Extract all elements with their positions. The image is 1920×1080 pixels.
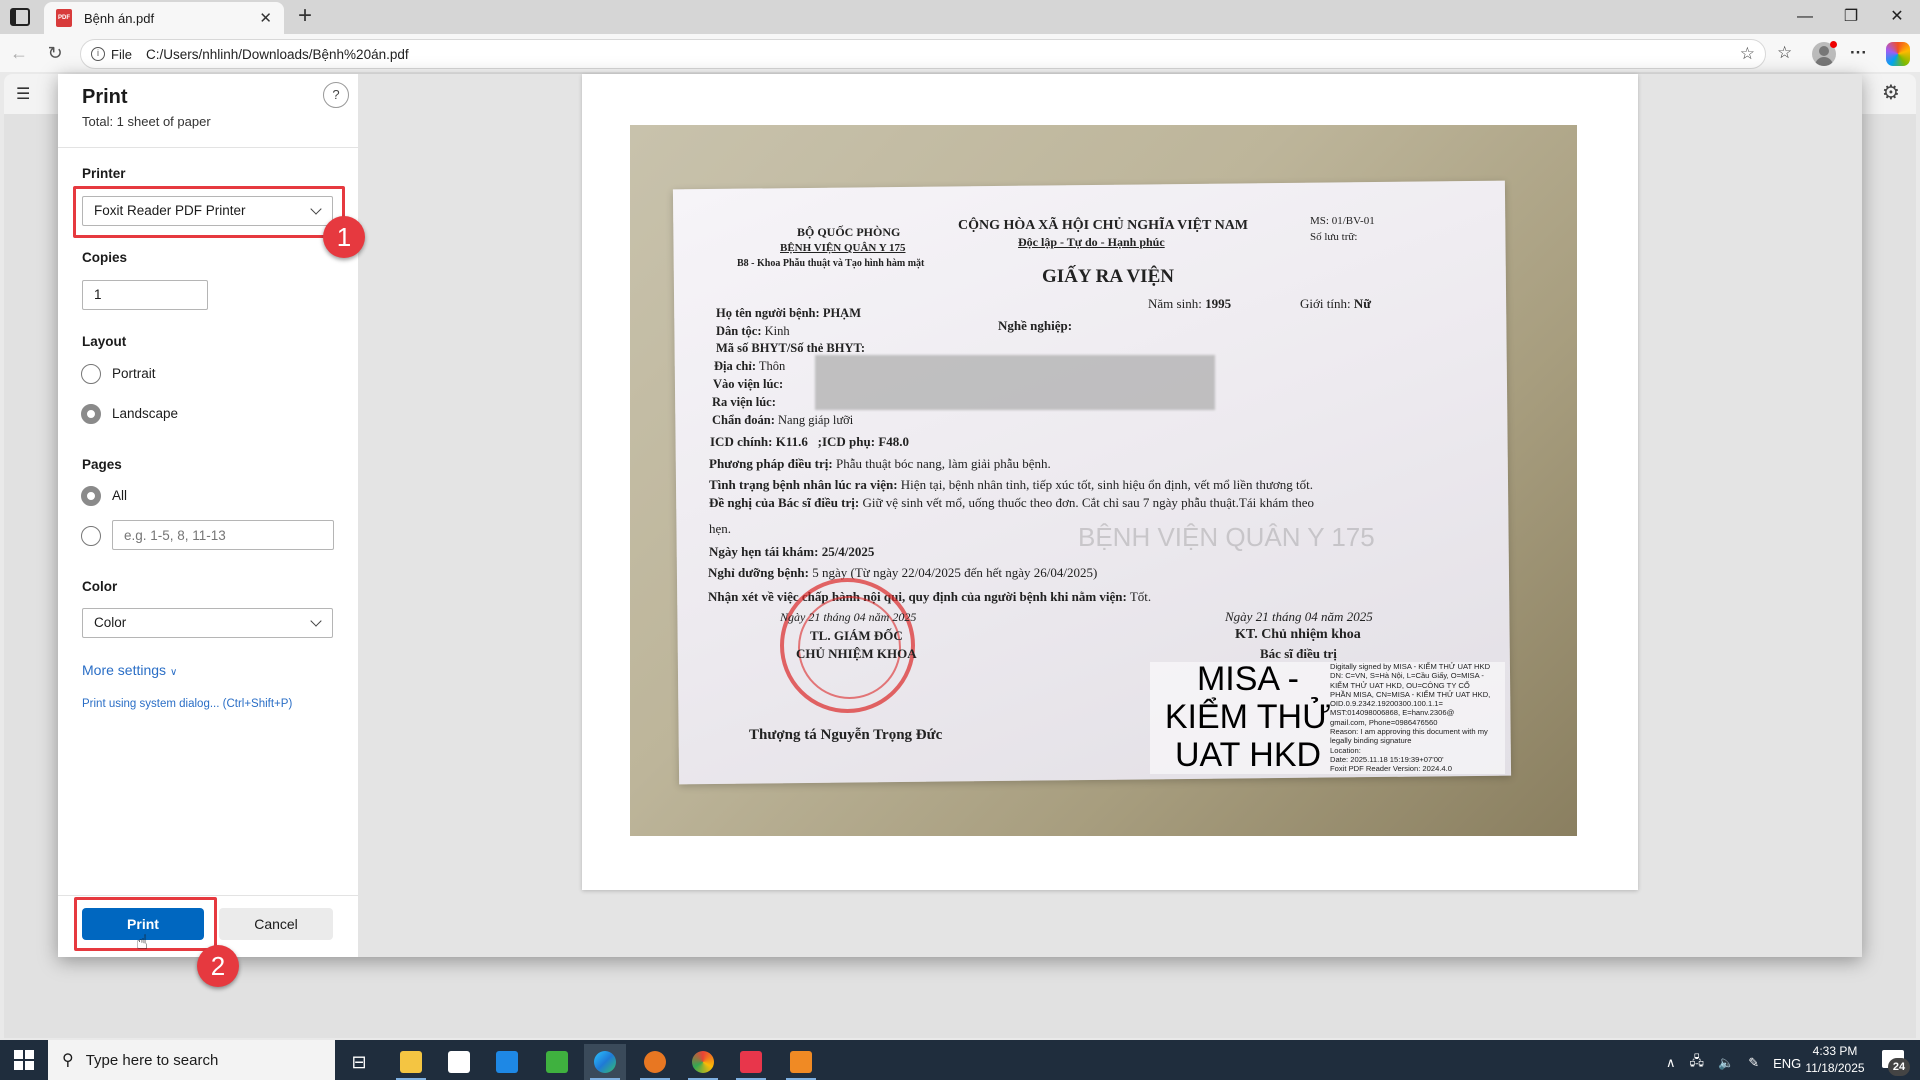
language-indicator[interactable]: ENG [1773,1056,1801,1071]
republic: CỘNG HÒA XÃ HỘI CHỦ NGHĨA VIỆT NAM [958,218,1248,234]
date: 11/18/2025 [1800,1060,1870,1077]
chevron-down-icon [310,615,321,626]
color-label: Color [82,579,117,594]
signature-details: Digitally signed by MISA - KIỂM THỬ UAT … [1330,662,1490,774]
icd-codes: ICD chính: K11.6 ;ICD phụ: F48.0 [710,434,909,450]
printer-label: Printer [82,166,126,181]
ethnicity-label: Dân tộc: [716,324,761,338]
camtasia-icon[interactable] [536,1044,578,1080]
volume-icon[interactable]: 🔈 [1718,1055,1734,1071]
patient-name: PHẠM [823,306,861,320]
ethnicity: Kinh [765,324,790,338]
title-bar [0,0,1920,34]
table-of-contents-icon[interactable]: ☰ [16,84,30,104]
file-explorer-icon[interactable] [390,1044,432,1080]
discharge-label: Ra viện lúc: [712,395,776,410]
mail-icon[interactable] [486,1044,528,1080]
back-icon[interactable]: ← [8,42,30,64]
pages-custom-radio[interactable] [81,526,101,546]
copilot-icon[interactable] [1886,42,1910,66]
notification-dot [1830,41,1837,48]
layout-label: Layout [82,334,126,349]
favorites-icon[interactable]: ☆ [1777,43,1792,63]
search-placeholder: Type here to search [86,1052,219,1069]
cancel-button[interactable]: Cancel [219,908,333,940]
step-badge-1: 1 [323,216,365,258]
diagnosis-label: Chẩn đoán: [712,413,775,427]
followup-label: Ngày hẹn tái khám: [709,544,818,559]
motto: Độc lập - Tự do - Hạnh phúc [1018,235,1165,250]
minimize-icon[interactable]: — [1782,6,1828,28]
chevron-up-icon[interactable]: ∧ [1666,1055,1676,1071]
highlight-box-1 [73,186,345,238]
time: 4:33 PM [1800,1043,1870,1060]
ministry: BỘ QUỐC PHÒNG [797,225,900,240]
favorite-star-icon[interactable]: ☆ [1740,44,1755,64]
help-icon[interactable]: ? [323,82,349,108]
system-tray: ∧ 🖧 🔈 ✎ ENG [1666,1052,1801,1074]
hand-cursor-icon: ☝ [136,930,148,955]
signature-name: MISA - KIỂM THỬ UAT HKD [1158,660,1338,774]
document-title: GIẤY RA VIỆN [1042,266,1174,288]
dialog-title: Print [82,86,128,109]
occupation-label: Nghề nghiệp: [998,318,1072,334]
left-signer: Thượng tá Nguyễn Trọng Đức [749,727,942,744]
landscape-label: Landscape [112,406,178,421]
network-icon[interactable]: 🖧 [1690,1052,1705,1074]
left-date: Ngày 21 tháng 04 năm 2025 [780,610,916,625]
more-icon[interactable]: ··· [1850,43,1867,63]
watermark: BỆNH VIỆN QUÂN Y 175 [1078,522,1375,553]
diagnosis: Nang giáp lưỡi [778,413,853,427]
tab-title: Bệnh án.pdf [84,11,259,26]
birth-year-label: Năm sinh: [1148,296,1202,311]
color-value: Color [94,615,126,630]
remark-label: Nhận xét về việc chấp hành nội qui, quy … [708,589,1127,604]
copies-label: Copies [82,250,127,265]
gender: Nữ [1354,296,1371,311]
redacted-area [815,355,1215,410]
copies-input[interactable]: 1 [82,280,208,310]
left-role-1: TL. GIÁM ĐỐC [810,628,903,644]
restore-icon[interactable]: ❐ [1828,6,1874,28]
advice-continued: hẹn. [709,521,731,537]
followup-date: 25/4/2025 [822,544,875,559]
landscape-radio[interactable] [81,404,101,424]
pages-custom-input[interactable] [112,520,334,550]
step-badge-2: 2 [197,945,239,987]
settings-gear-icon[interactable]: ⚙ [1882,80,1900,105]
right-date: Ngày 21 tháng 04 năm 2025 [1225,609,1373,625]
close-window-icon[interactable]: ✕ [1874,6,1920,28]
pages-all-label: All [112,488,127,503]
leave-label: Nghỉ dưỡng bệnh: [708,565,809,580]
condition: Hiện tại, bệnh nhân tỉnh, tiếp xúc tốt, … [901,477,1313,492]
pages-label: Pages [82,457,122,472]
pen-icon[interactable]: ✎ [1748,1055,1759,1071]
refresh-icon[interactable]: ↻ [44,42,66,64]
right-role-1: KT. Chủ nhiệm khoa [1235,627,1361,643]
form-code: MS: 01/BV-01 [1310,215,1375,227]
clock[interactable]: 4:33 PM 11/18/2025 [1800,1043,1870,1077]
address-url[interactable]: C:/Users/nhlinh/Downloads/Bệnh%20án.pdf [146,47,409,62]
tab-actions-icon[interactable] [10,8,30,26]
notification-count: 24 [1888,1058,1910,1076]
insurance-label: Mã số BHYT/Số thẻ BHYT: [716,341,865,356]
address-scheme: File [111,47,132,62]
condition-label: Tình trạng bệnh nhân lúc ra viện: [709,477,898,492]
advice-label: Đề nghị của Bác sĩ điều trị: [709,495,859,510]
search-icon: ⚲ [62,1050,74,1070]
archive-number: Số lưu trữ: [1310,231,1357,243]
patient-name-label: Họ tên người bệnh: [716,306,820,320]
left-role-2: CHỦ NHIỆM KHOA [796,646,917,662]
chevron-down-icon: ∨ [170,667,177,678]
birth-year: 1995 [1205,296,1231,311]
admission-label: Vào viện lúc: [713,377,783,392]
pages-all-radio[interactable] [81,486,101,506]
divider [58,147,358,148]
portrait-radio[interactable] [81,364,101,384]
chrome-icon[interactable] [682,1044,724,1080]
advice: Giữ vệ sinh vết mổ, uống thuốc theo đơn.… [862,495,1314,510]
close-tab-icon[interactable]: ✕ [259,9,272,27]
department: B8 - Khoa Phẫu thuật và Tạo hình hàm mặt [737,258,924,269]
xmind-icon[interactable] [730,1044,772,1080]
pdf-icon: PDF [56,9,72,27]
address-label: Địa chỉ: [714,359,756,373]
new-tab-icon[interactable]: + [292,4,318,30]
gender-label: Giới tính: [1300,296,1351,311]
app-icon[interactable] [634,1044,676,1080]
address-bar[interactable]: i File C:/Users/nhlinh/Downloads/Bệnh%20… [80,39,1766,69]
remark-value: Tốt. [1130,589,1151,604]
taskbar-search[interactable]: ⚲ Type here to search [48,1040,335,1080]
divider [58,895,358,896]
more-settings-link[interactable]: More settings ∨ [82,662,177,678]
sheet-total: Total: 1 sheet of paper [82,114,211,129]
task-view-icon[interactable]: ⊟ [338,1044,380,1080]
tab-pdf[interactable]: PDF Bệnh án.pdf ✕ [44,2,284,34]
hospital: BỆNH VIỆN QUÂN Y 175 [780,242,906,254]
microsoft-store-icon[interactable] [438,1044,480,1080]
foxit-pdf-icon[interactable] [780,1044,822,1080]
system-dialog-link[interactable]: Print using system dialog... (Ctrl+Shift… [82,698,292,710]
color-select[interactable]: Color [82,608,333,638]
portrait-label: Portrait [112,366,156,381]
windows-start-icon[interactable] [14,1050,34,1070]
edge-icon[interactable] [584,1044,626,1080]
more-settings-label: More settings [82,662,166,678]
treatment: Phẫu thuật bóc nang, làm giải phẫu bệnh. [836,456,1051,471]
address-value: Thôn [759,359,785,373]
treatment-label: Phương pháp điều trị: [709,456,833,471]
info-icon[interactable]: i [91,47,105,61]
